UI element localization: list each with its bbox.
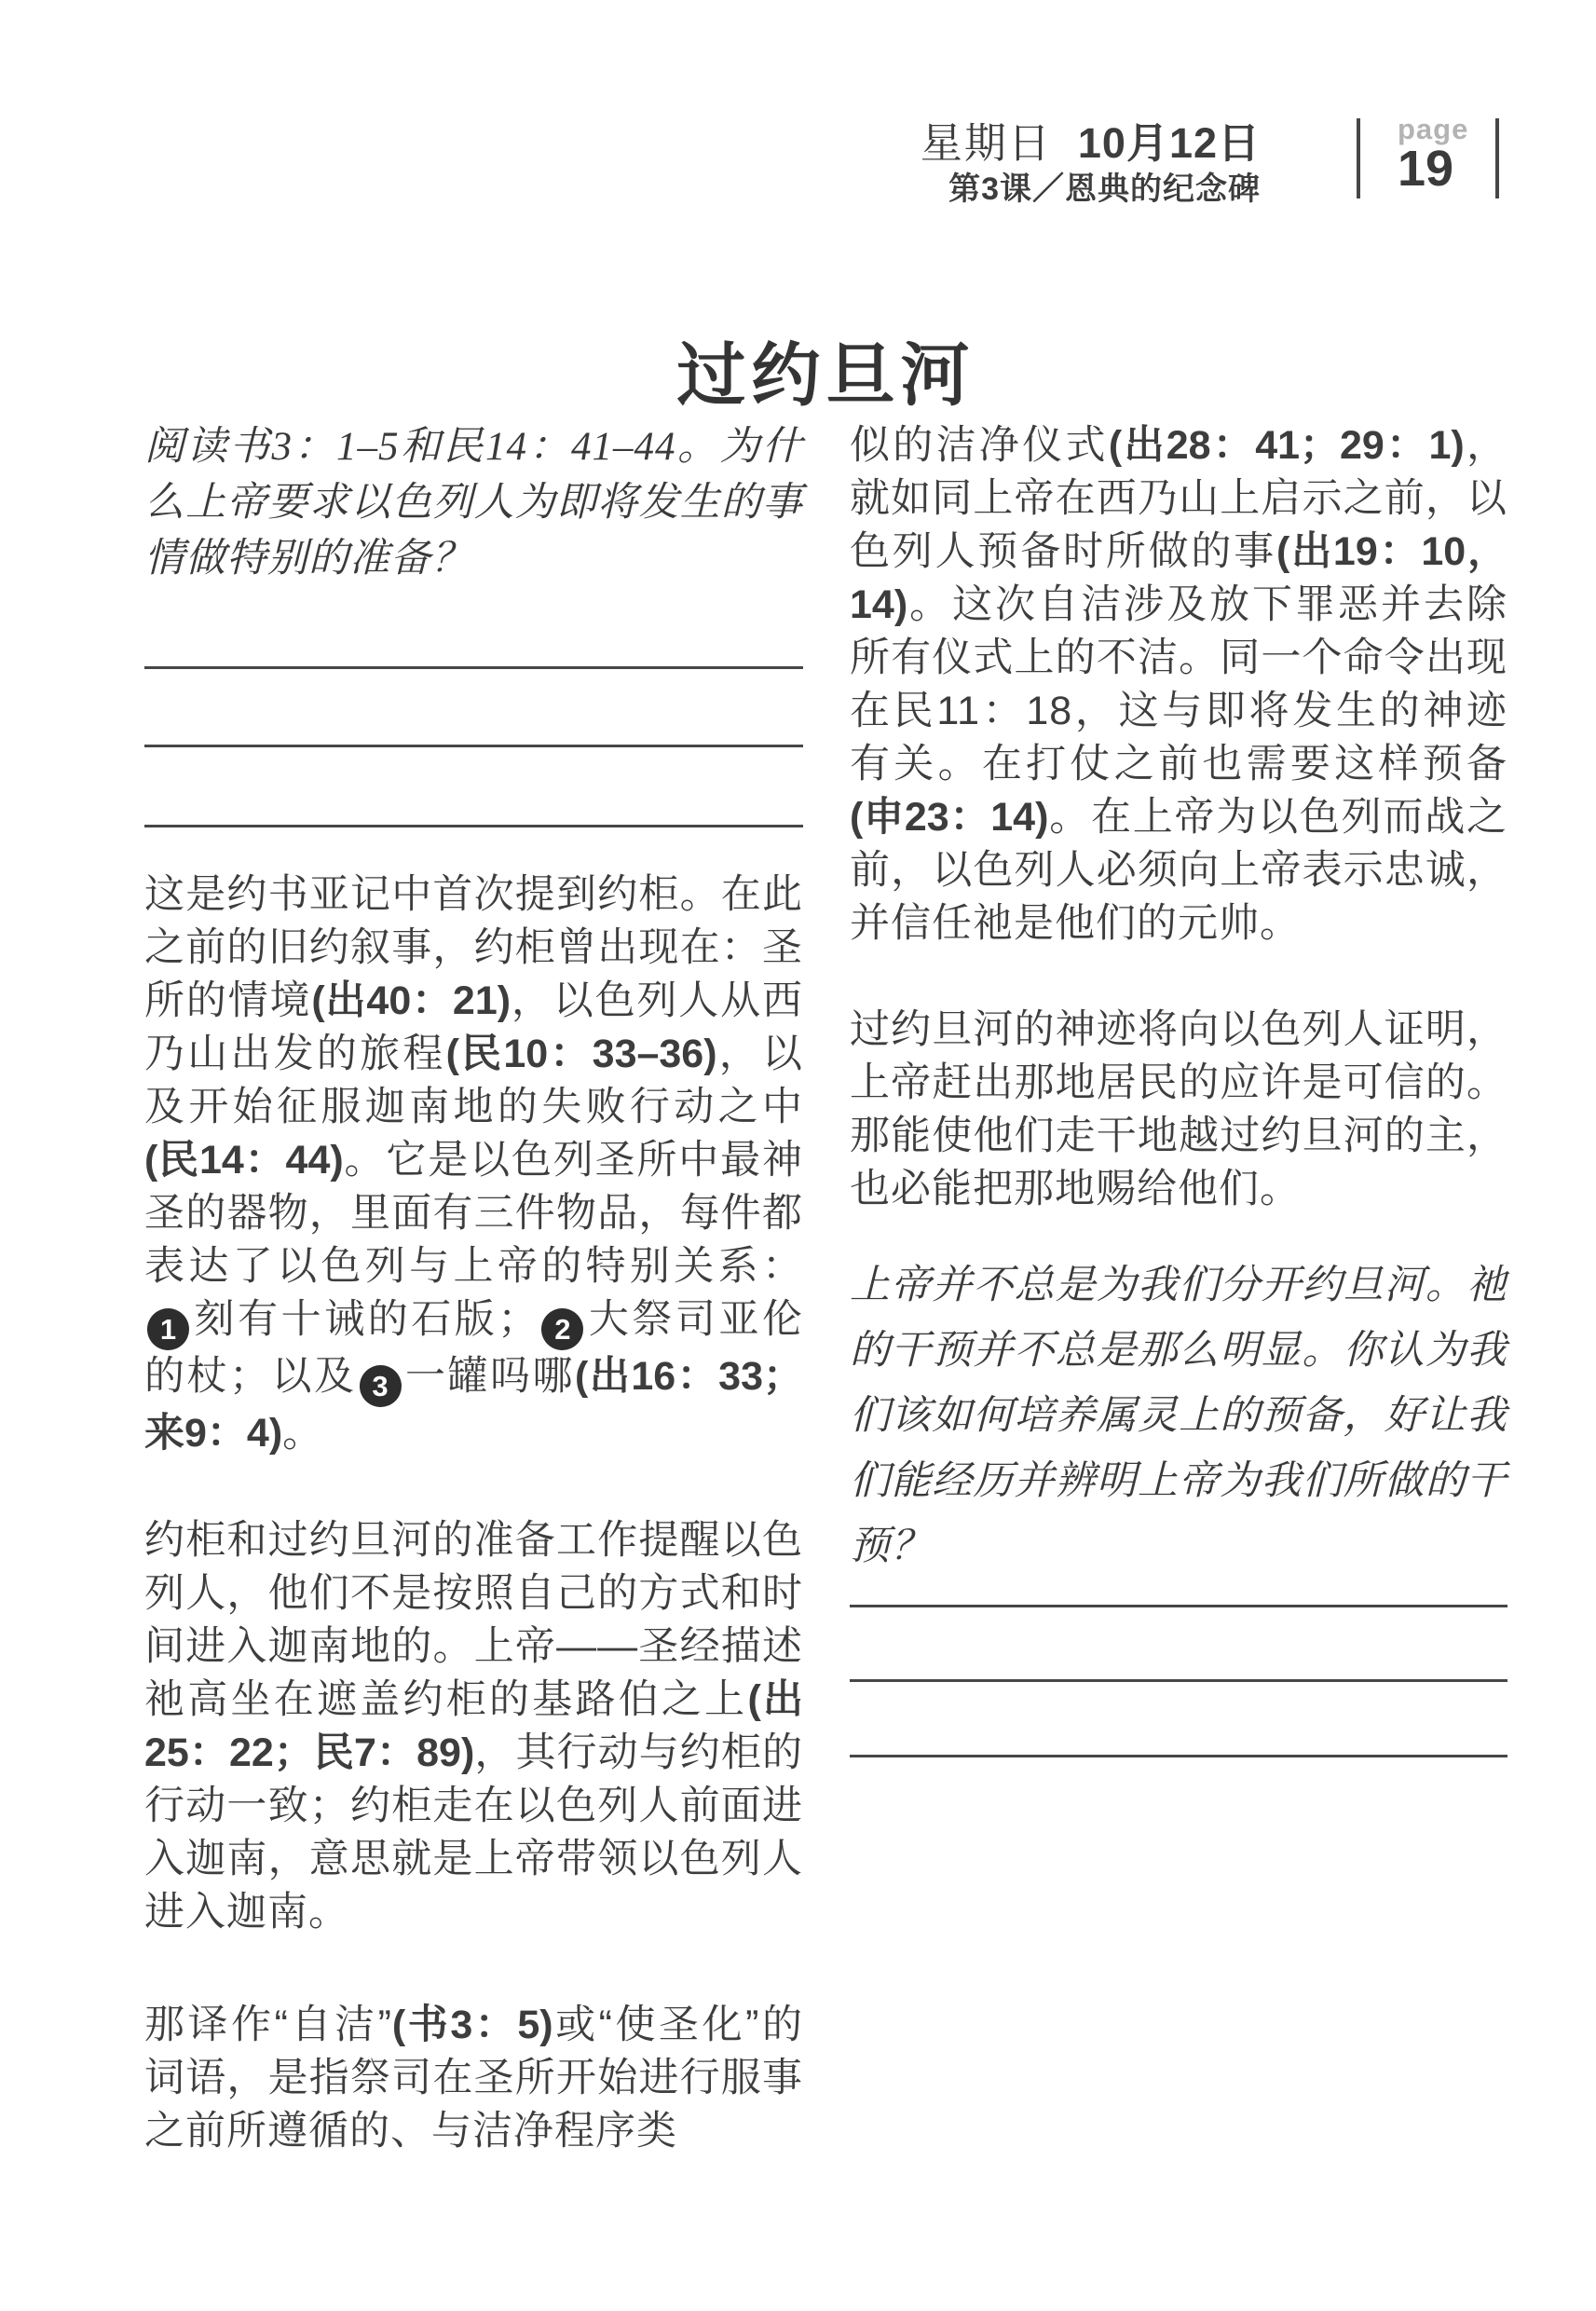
paragraph-miracle: 过约旦河的神迹将向以色列人证明，上帝赶出那地居民的应许是可信的。那能使他们走干地… (850, 1004, 1507, 1216)
right-column: 似的洁净仪式(出28：41；29：1)，就如同上帝在西乃山上启示之前，以色列人预… (850, 419, 1507, 1757)
text-run: 似的洁净仪式 (850, 423, 1109, 468)
header-lesson-title: 第3课／恩典的纪念碑 (801, 171, 1261, 207)
paragraph-reminder: 约柜和过约旦河的准备工作提醒以色列人，他们不是按照自己的方式和时间进入迦南地的。… (144, 1514, 803, 1939)
page-title: 过约旦河 (144, 332, 1507, 421)
text-run: 刻有十诫的石版； (192, 1297, 539, 1342)
header-dateline: 星期日 10月12日 (801, 119, 1261, 168)
answer-lines-right (850, 1579, 1507, 1757)
header-divider-right (1495, 118, 1499, 198)
answer-lines-left (144, 587, 803, 827)
scripture-reference: (出40：21) (311, 978, 511, 1023)
scripture-reference: (民10：33–36) (446, 1032, 717, 1076)
left-column: 阅读书3：1–5和民14：41–44。为什么上帝要求以色列人为即将发生的事情做特… (144, 419, 803, 2158)
scripture-reference: (民14：44) (144, 1138, 344, 1183)
header-date: 10月12日 (1078, 119, 1261, 168)
paragraph-purification: 似的洁净仪式(出28：41；29：1)，就如同上帝在西乃山上启示之前，以色列人预… (850, 419, 1507, 950)
text-run: 。这次自洁涉及放下罪恶并去除所有仪式上的不洁。同一个命令出现在民11：18，这与… (850, 582, 1507, 786)
scripture-reference: (书3：5) (392, 2003, 553, 2047)
paragraph-ark: 这是约书亚记中首次提到约柜。在此之前的旧约叙事，约柜曾出现在：圣所的情境(出40… (144, 868, 803, 1460)
answer-line (850, 1607, 1507, 1682)
paragraph-sanctify: 那译作“自洁”(书3：5)或“使圣化”的词语，是指祭司在圣所开始进行服事之前所遵… (144, 1999, 803, 2158)
scripture-reference: (申23：14) (850, 795, 1048, 840)
answer-line (144, 747, 803, 827)
reflection-question: 上帝并不总是为我们分开约旦河。祂的干预并不总是那么明显。你认为我们该如何培养属灵… (850, 1253, 1507, 1579)
circled-number-badge: 2 (541, 1308, 583, 1350)
answer-line (144, 587, 803, 669)
answer-line (850, 1579, 1507, 1607)
text-run: 一罐吗哪 (404, 1354, 576, 1399)
circled-number-badge: 3 (360, 1365, 402, 1407)
scripture-reference: (出28：41；29：1) (1109, 423, 1465, 468)
page-number: 19 (1398, 140, 1491, 198)
header-weekday: 星期日 (921, 119, 1052, 168)
circled-number-badge: 1 (147, 1308, 189, 1350)
text-run: 。 (282, 1411, 323, 1456)
lesson-page: { "colors": { "text": "#3d3d3d", "muted_… (0, 0, 1596, 2311)
text-run: 约柜和过约旦河的准备工作提醒以色列人，他们不是按照自己的方式和时间进入迦南地的。… (144, 1518, 803, 1722)
study-question: 阅读书3：1–5和民14：41–44。为什么上帝要求以色列人为即将发生的事情做特… (144, 419, 803, 587)
header-divider-left (1357, 118, 1360, 198)
answer-line (850, 1682, 1507, 1757)
answer-line (144, 669, 803, 747)
text-run: 那译作“自洁” (144, 2003, 392, 2047)
